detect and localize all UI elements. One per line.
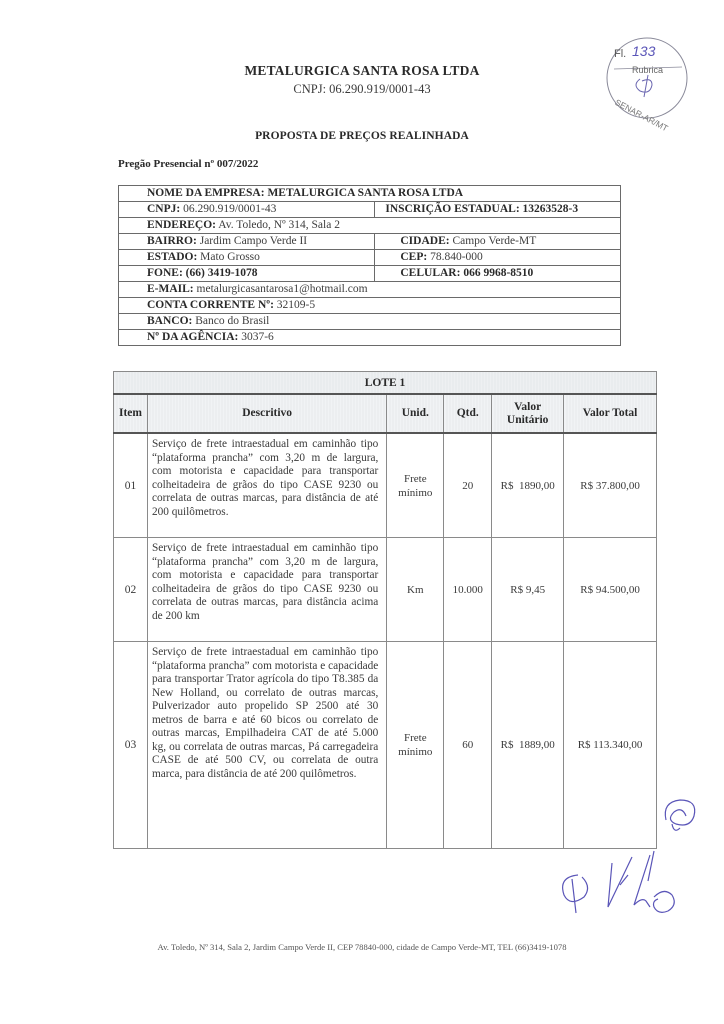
info-row-agencia: Nº DA AGÊNCIA: 3037-6 [119, 330, 621, 346]
cidade-label: CIDADE: [400, 235, 449, 247]
banco-value: Banco do Brasil [195, 315, 269, 327]
info-row-nome: NOME DA EMPRESA: METALURGICA SANTA ROSA … [119, 186, 621, 202]
cidade-value: Campo Verde-MT [452, 235, 536, 247]
agencia-value: 3037-6 [241, 331, 274, 343]
item-unit: Km [387, 538, 444, 642]
lote-title-row: LOTE 1 [114, 372, 657, 395]
lote-column-headers: Item Descritivo Unid. Qtd. Valor Unitári… [114, 394, 657, 433]
estado-label: ESTADO: [147, 251, 197, 263]
fone-value: (66) 3419-1078 [186, 267, 258, 279]
item-unit: Fretemínimo [387, 433, 444, 538]
cep-label: CEP: [400, 251, 427, 263]
conta-value: 32109-5 [277, 299, 315, 311]
item-unit: Fretemínimo [387, 642, 444, 849]
col-header-descritivo: Descritivo [147, 394, 386, 433]
endereco-value: Av. Toledo, Nº 314, Sala 2 [218, 219, 340, 231]
company-cnpj-heading: CNPJ: 06.290.919/0001-43 [0, 82, 724, 97]
info-row-conta: CONTA CORRENTE Nº: 32109-5 [119, 298, 621, 314]
col-header-valor-unitario: Valor Unitário [492, 394, 564, 433]
unit-line-2: mínimo [398, 746, 432, 758]
cep-value: 78.840-000 [430, 251, 483, 263]
info-row-estado: ESTADO: Mato Grosso CEP: 78.840-000 [119, 250, 621, 266]
celular-label: CELULAR: [400, 267, 460, 279]
col-header-item: Item [114, 394, 148, 433]
table-row: 01 Serviço de frete intraestadual em cam… [114, 433, 657, 538]
item-number: 03 [114, 642, 148, 849]
table-row: 03 Serviço de frete intraestadual em cam… [114, 642, 657, 849]
item-unit-price: R$ 1889,00 [492, 642, 564, 849]
lote-title: LOTE 1 [114, 372, 657, 395]
inscricao-value: 13263528-3 [523, 203, 579, 215]
bairro-label: BAIRRO: [147, 235, 197, 247]
unit-line-1: Km [407, 584, 424, 596]
item-number: 01 [114, 433, 148, 538]
info-row-fone: FONE: (66) 3419-1078 CELULAR: 066 9968-8… [119, 266, 621, 282]
footer-address: Av. Toledo, Nº 314, Sala 2, Jardim Campo… [0, 942, 724, 952]
cnpj-label: CNPJ: [147, 203, 180, 215]
conta-label: CONTA CORRENTE Nº: [147, 299, 274, 311]
info-row-email: E-MAIL: metalurgicasantarosa1@hotmail.co… [119, 282, 621, 298]
item-description: Serviço de frete intraestadual em caminh… [147, 433, 386, 538]
email-value: metalurgicasantarosa1@hotmail.com [197, 283, 368, 295]
agencia-label: Nº DA AGÊNCIA: [147, 331, 238, 343]
item-unit-price: R$ 9,45 [492, 538, 564, 642]
pregao-reference: Pregão Presencial nº 007/2022 [118, 158, 258, 170]
item-description: Serviço de frete intraestadual em caminh… [147, 642, 386, 849]
celular-value: 066 9968-8510 [463, 267, 533, 279]
item-quantity: 60 [444, 642, 492, 849]
col-header-valor-total: Valor Total [564, 394, 657, 433]
item-total: R$ 113.340,00 [564, 642, 657, 849]
nome-value: METALURGICA SANTA ROSA LTDA [267, 187, 463, 199]
initials-signature-icon [658, 790, 708, 840]
item-number: 02 [114, 538, 148, 642]
banco-label: BANCO: [147, 315, 192, 327]
company-info-table: NOME DA EMPRESA: METALURGICA SANTA ROSA … [118, 185, 621, 346]
stamp-prefix: Fl. [614, 48, 626, 60]
unit-line-1: Frete [404, 732, 427, 744]
cnpj-value: 06.290.919/0001-43 [183, 203, 276, 215]
item-total: R$ 37.800,00 [564, 433, 657, 538]
col-header-qtd: Qtd. [444, 394, 492, 433]
info-row-endereco: ENDEREÇO: Av. Toledo, Nº 314, Sala 2 [119, 218, 621, 234]
nome-label: NOME DA EMPRESA: [147, 187, 265, 199]
stamp-number: 133 [632, 43, 655, 59]
endereco-label: ENDEREÇO: [147, 219, 216, 231]
item-quantity: 10.000 [444, 538, 492, 642]
info-row-cnpj: CNPJ: 06.290.919/0001-43 INSCRIÇÃO ESTAD… [119, 202, 621, 218]
item-description: Serviço de frete intraestadual em caminh… [147, 538, 386, 642]
unit-line-1: Frete [404, 473, 427, 485]
signature-icon [550, 845, 700, 925]
fone-label: FONE: [147, 267, 183, 279]
unit-line-2: mínimo [398, 487, 432, 499]
table-row: 02 Serviço de frete intraestadual em cam… [114, 538, 657, 642]
info-row-banco: BANCO: Banco do Brasil [119, 314, 621, 330]
info-row-bairro: BAIRRO: Jardim Campo Verde II CIDADE: Ca… [119, 234, 621, 250]
document-title: PROPOSTA DE PREÇOS REALINHADA [0, 130, 724, 142]
estado-value: Mato Grosso [200, 251, 260, 263]
item-unit-price: R$ 1890,00 [492, 433, 564, 538]
bairro-value: Jardim Campo Verde II [200, 235, 307, 247]
item-quantity: 20 [444, 433, 492, 538]
item-total: R$ 94.500,00 [564, 538, 657, 642]
company-name-heading: METALURGICA SANTA ROSA LTDA [0, 63, 724, 79]
col-header-unid: Unid. [387, 394, 444, 433]
inscricao-label: INSCRIÇÃO ESTADUAL: [385, 203, 519, 215]
lote-table: LOTE 1 Item Descritivo Unid. Qtd. Valor … [113, 371, 657, 849]
email-label: E-MAIL: [147, 283, 194, 295]
